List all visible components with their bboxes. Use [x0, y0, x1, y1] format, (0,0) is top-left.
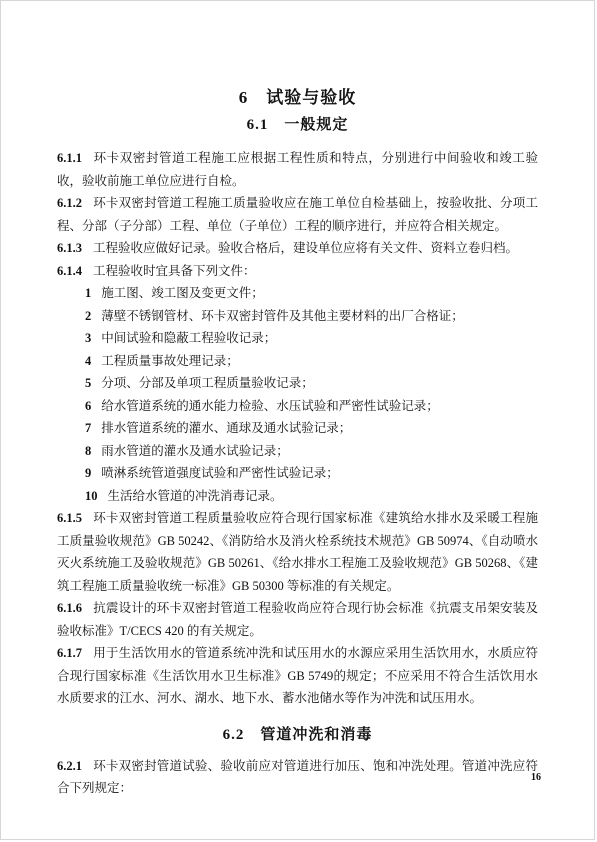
- item-number: 1: [85, 286, 91, 300]
- list-item-5: 5分项、分部及单项工程质量验收记录；: [57, 372, 538, 395]
- item-number: 7: [85, 421, 91, 435]
- item-text: 排水管道系统的灌水、通球及通水试验记录；: [101, 421, 351, 435]
- clause-text: 抗震设计的环卡双密封管道工程验收尚应符合现行协会标准《抗震支吊架安装及验收标准》…: [57, 601, 538, 638]
- list-item-3: 3中间试验和隐蔽工程验收记录；: [57, 327, 538, 350]
- clause-text: 环卡双密封管道试验、验收前应对管道进行加压、饱和冲洗处理。管道冲洗应符合下列规定…: [57, 759, 538, 796]
- clause-6-1-7: 6.1.7用于生活饮用水的管道系统冲洗和试压用水的水源应采用生活饮用水，水质应符…: [57, 642, 538, 710]
- list-item-7: 7排水管道系统的灌水、通球及通水试验记录；: [57, 417, 538, 440]
- clause-number: 6.1.3: [57, 241, 82, 255]
- clause-text: 环卡双密封管道工程质量验收应符合现行国家标准《建筑给水排水及采暖工程施工质量验收…: [57, 511, 538, 593]
- clause-6-2-1: 6.2.1环卡双密封管道试验、验收前应对管道进行加压、饱和冲洗处理。管道冲洗应符…: [57, 755, 538, 800]
- clause-text: 工程验收时宜具备下列文件：: [93, 264, 256, 278]
- item-number: 10: [85, 489, 98, 503]
- list-item-2: 2薄壁不锈钢管材、环卡双密封管件及其他主要材料的出厂合格证；: [57, 305, 538, 328]
- clause-6-1-6: 6.1.6抗震设计的环卡双密封管道工程验收尚应符合现行协会标准《抗震支吊架安装及…: [57, 597, 538, 642]
- item-text: 工程质量事故处理记录；: [101, 354, 239, 368]
- clause-number: 6.1.7: [57, 646, 82, 660]
- item-number: 9: [85, 466, 91, 480]
- item-text: 施工图、竣工图及变更文件；: [101, 286, 264, 300]
- item-text: 薄壁不锈钢管材、环卡双密封管件及其他主要材料的出厂合格证；: [101, 309, 464, 323]
- clause-number: 6.2.1: [57, 759, 82, 773]
- clause-6-1-3: 6.1.3工程验收应做好记录。验收合格后，建设单位应将有关文件、资料立卷归档。: [57, 237, 538, 260]
- item-text: 给水管道系统的通水能力检验、水压试验和严密性试验记录；: [101, 399, 439, 413]
- item-number: 5: [85, 376, 91, 390]
- clause-number: 6.1.6: [57, 601, 82, 615]
- list-item-8: 8雨水管道的灌水及通水试验记录；: [57, 440, 538, 463]
- section-title-6-1: 6.1 一般规定: [57, 114, 538, 136]
- item-text: 雨水管道的灌水及通水试验记录；: [101, 444, 289, 458]
- section-title-6-2: 6.2 管道冲洗和消毒: [57, 724, 538, 746]
- clause-6-1-1: 6.1.1环卡双密封管道工程施工应根据工程性质和特点，分别进行中间验收和竣工验收…: [57, 147, 538, 192]
- list-item-1: 1施工图、竣工图及变更文件；: [57, 282, 538, 305]
- item-text: 分项、分部及单项工程质量验收记录；: [101, 376, 314, 390]
- document-page: 6 试验与验收 6.1 一般规定 6.1.1环卡双密封管道工程施工应根据工程性质…: [0, 0, 595, 840]
- list-item-4: 4工程质量事故处理记录；: [57, 350, 538, 373]
- clause-text: 环卡双密封管道工程施工应根据工程性质和特点，分别进行中间验收和竣工验收，验收前施…: [57, 151, 538, 188]
- item-number: 8: [85, 444, 91, 458]
- list-item-9: 9喷淋系统管道强度试验和严密性试验记录；: [57, 462, 538, 485]
- item-number: 6: [85, 399, 91, 413]
- item-number: 2: [85, 309, 91, 323]
- clause-6-1-5: 6.1.5环卡双密封管道工程质量验收应符合现行国家标准《建筑给水排水及采暖工程施…: [57, 507, 538, 597]
- item-text: 中间试验和隐蔽工程验收记录；: [101, 331, 276, 345]
- clause-number: 6.1.1: [57, 151, 82, 165]
- item-number: 3: [85, 331, 91, 345]
- item-number: 4: [85, 354, 91, 368]
- clause-6-1-2: 6.1.2环卡双密封管道工程施工质量验收应在施工单位自检基础上，按验收批、分项工…: [57, 192, 538, 237]
- chapter-title: 6 试验与验收: [57, 87, 538, 109]
- clause-text: 工程验收应做好记录。验收合格后，建设单位应将有关文件、资料立卷归档。: [93, 241, 518, 255]
- item-text: 生活给水管道的冲洗消毒记录。: [108, 489, 283, 503]
- list-item-10: 10生活给水管道的冲洗消毒记录。: [57, 485, 538, 508]
- clause-number: 6.1.5: [57, 511, 82, 525]
- page-number: 16: [531, 772, 541, 783]
- clause-6-1-4: 6.1.4工程验收时宜具备下列文件：: [57, 260, 538, 283]
- clause-number: 6.1.4: [57, 264, 82, 278]
- item-text: 喷淋系统管道强度试验和严密性试验记录；: [101, 466, 339, 480]
- list-item-6: 6给水管道系统的通水能力检验、水压试验和严密性试验记录；: [57, 395, 538, 418]
- clause-number: 6.1.2: [57, 196, 82, 210]
- clause-text: 用于生活饮用水的管道系统冲洗和试压用水的水源应采用生活饮用水，水质应符合现行国家…: [57, 646, 538, 705]
- clause-text: 环卡双密封管道工程施工质量验收应在施工单位自检基础上，按验收批、分项工程、分部（…: [57, 196, 538, 233]
